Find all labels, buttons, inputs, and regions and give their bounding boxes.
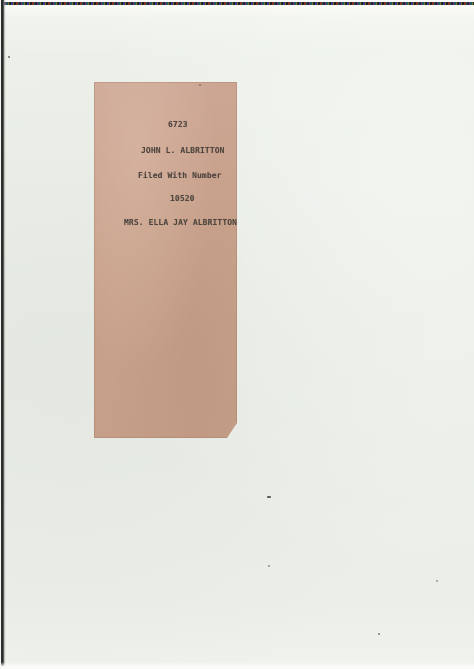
dust-speck: [268, 565, 270, 567]
dust-speck: [267, 496, 271, 498]
dust-speck: [8, 56, 10, 58]
scanner-edge-bottom: [0, 662, 474, 669]
dust-speck: [199, 84, 201, 86]
index-card: 6723 JOHN L. ALBRITTON Filed With Number…: [94, 82, 237, 438]
card-file-number: 6723: [168, 120, 188, 129]
dust-speck: [378, 633, 380, 635]
scanned-page: 6723 JOHN L. ALBRITTON Filed With Number…: [0, 0, 474, 669]
scanner-edge-left: [0, 0, 6, 669]
card-name-secondary: MRS. ELLA JAY ALBRITTON: [124, 218, 237, 227]
card-filed-number: 10520: [170, 194, 195, 203]
dust-speck: [436, 580, 438, 582]
page-top-glare: [0, 5, 474, 17]
card-name-primary: JOHN L. ALBRITTON: [141, 146, 225, 155]
card-filed-with-label: Filed With Number: [138, 171, 222, 180]
